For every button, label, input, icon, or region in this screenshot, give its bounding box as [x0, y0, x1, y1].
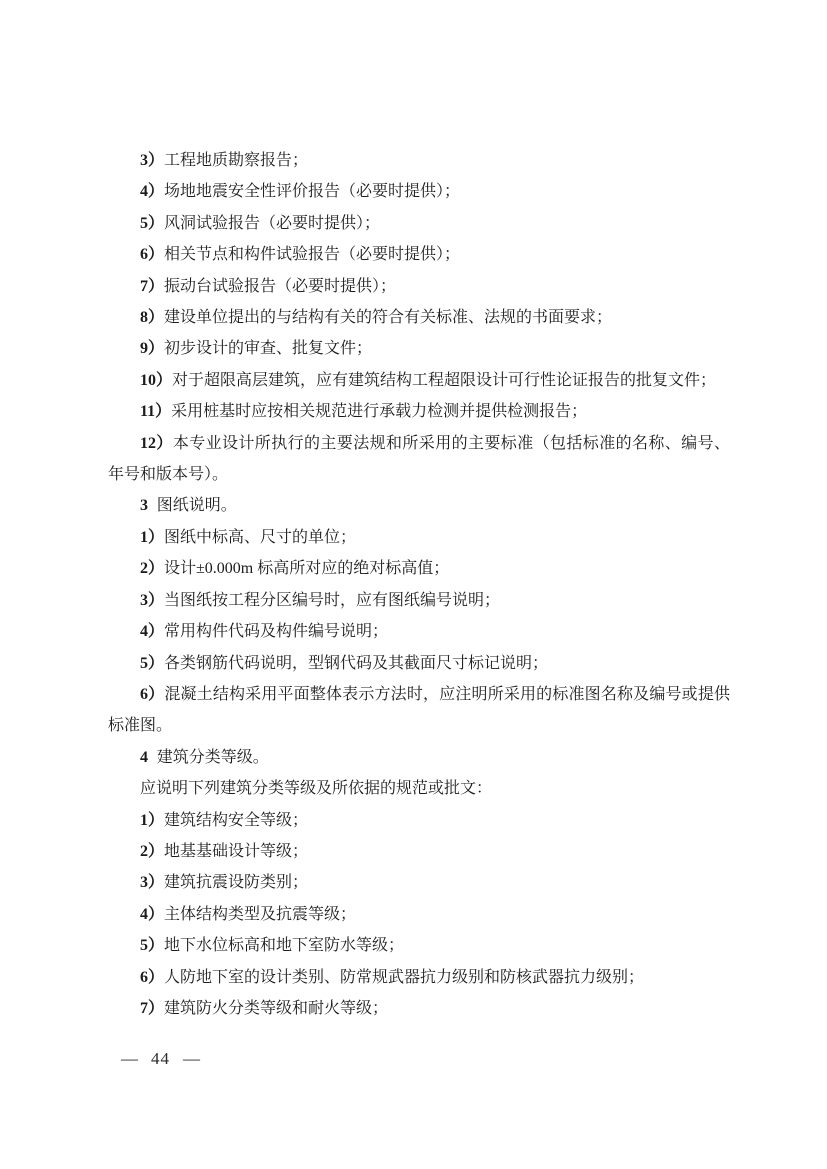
item-text: 应说明下列建筑分类等级及所依据的规范或批文： — [140, 780, 492, 797]
item-text: 本专业设计所执行的主要法规和所采用的主要标准（包括标准的名称、编号、年号和版本号… — [108, 435, 730, 483]
item-text: 常用构件代码及构件编号说明； — [164, 623, 388, 640]
document-paragraph: 2）设计±0.000m 标高所对应的绝对标高值； — [108, 553, 730, 584]
document-paragraph: 11）采用桩基时应按相关规范进行承载力检测并提供检测报告； — [108, 396, 730, 427]
item-text: 建筑抗震设防类别； — [164, 874, 308, 891]
item-text: 主体结构类型及抗震等级； — [164, 906, 356, 923]
item-number: 12） — [140, 435, 173, 452]
document-paragraph: 3）建筑抗震设防类别； — [108, 867, 730, 898]
document-paragraph: 6）混凝土结构采用平面整体表示方法时，应注明所采用的标准图名称及编号或提供标准图… — [108, 679, 730, 742]
document-page: 3）工程地质勘察报告； 4）场地地震安全性评价报告（必要时提供）； 5）风洞试验… — [0, 0, 827, 1169]
item-number: 3） — [140, 152, 164, 169]
item-number: 6） — [140, 969, 164, 986]
document-paragraph: 5）各类钢筋代码说明，型钢代码及其截面尺寸标记说明； — [108, 648, 730, 679]
document-paragraph: 应说明下列建筑分类等级及所依据的规范或批文： — [108, 773, 730, 804]
document-paragraph: 3图纸说明。 — [108, 490, 730, 521]
document-paragraph: 4）常用构件代码及构件编号说明； — [108, 616, 730, 647]
document-paragraph: 7）建筑防火分类等级和耐火等级； — [108, 993, 730, 1024]
document-paragraph: 4建筑分类等级。 — [108, 742, 730, 773]
item-number: 4） — [140, 623, 164, 640]
item-text: 图纸说明。 — [157, 497, 237, 514]
document-paragraph: 1）建筑结构安全等级； — [108, 805, 730, 836]
footer-dash-right: — — [183, 1049, 200, 1068]
item-number: 5） — [140, 655, 164, 672]
document-paragraph: 5）地下水位标高和地下室防水等级； — [108, 930, 730, 961]
item-text: 人防地下室的设计类别、防常规武器抗力级别和防核武器抗力级别； — [164, 969, 644, 986]
item-text: 地下水位标高和地下室防水等级； — [164, 937, 404, 954]
item-number: 7） — [140, 1000, 164, 1017]
item-number: 4） — [140, 183, 164, 200]
item-number: 11） — [140, 403, 171, 420]
document-paragraph: 9）初步设计的审查、批复文件； — [108, 333, 730, 364]
item-number: 4 — [140, 749, 148, 766]
document-paragraph: 4）主体结构类型及抗震等级； — [108, 899, 730, 930]
item-text: 对于超限高层建筑，应有建筑结构工程超限设计可行性论证报告的批复文件； — [172, 372, 716, 389]
document-body: 3）工程地质勘察报告； 4）场地地震安全性评价报告（必要时提供）； 5）风洞试验… — [108, 145, 730, 1024]
item-number: 1） — [140, 529, 164, 546]
item-text: 当图纸按工程分区编号时，应有图纸编号说明； — [164, 592, 500, 609]
item-text: 建筑防火分类等级和耐火等级； — [164, 1000, 388, 1017]
item-number: 8） — [140, 309, 164, 326]
document-paragraph: 3）工程地质勘察报告； — [108, 145, 730, 176]
item-number: 7） — [140, 278, 164, 295]
document-paragraph: 2）地基基础设计等级； — [108, 836, 730, 867]
item-number: 6） — [140, 686, 164, 703]
document-paragraph: 8）建设单位提出的与结构有关的符合有关标准、法规的书面要求； — [108, 302, 730, 333]
document-paragraph: 12）本专业设计所执行的主要法规和所采用的主要标准（包括标准的名称、编号、年号和… — [108, 428, 730, 491]
item-text: 工程地质勘察报告； — [164, 152, 308, 169]
item-text: 采用桩基时应按相关规范进行承载力检测并提供检测报告； — [171, 403, 587, 420]
item-number: 6） — [140, 246, 164, 263]
item-text: 建筑分类等级。 — [157, 749, 269, 766]
item-number: 5） — [140, 215, 164, 232]
item-text: 地基基础设计等级； — [164, 843, 308, 860]
document-paragraph: 6）人防地下室的设计类别、防常规武器抗力级别和防核武器抗力级别； — [108, 962, 730, 993]
item-text: 图纸中标高、尺寸的单位； — [164, 529, 356, 546]
item-text: 振动台试验报告（必要时提供）； — [164, 278, 396, 295]
item-number: 5） — [140, 937, 164, 954]
item-number: 3 — [140, 497, 148, 514]
document-paragraph: 10）对于超限高层建筑，应有建筑结构工程超限设计可行性论证报告的批复文件； — [108, 365, 730, 396]
page-footer: —44— — [121, 1048, 200, 1070]
item-number: 2） — [140, 843, 164, 860]
document-paragraph: 6）相关节点和构件试验报告（必要时提供）； — [108, 239, 730, 270]
document-paragraph: 7）振动台试验报告（必要时提供）； — [108, 271, 730, 302]
item-text: 场地地震安全性评价报告（必要时提供）； — [164, 183, 460, 200]
document-paragraph: 3）当图纸按工程分区编号时，应有图纸编号说明； — [108, 585, 730, 616]
item-number: 1） — [140, 812, 164, 829]
document-paragraph: 5）风洞试验报告（必要时提供）； — [108, 208, 730, 239]
document-paragraph: 4）场地地震安全性评价报告（必要时提供）； — [108, 176, 730, 207]
item-text: 风洞试验报告（必要时提供）； — [164, 215, 380, 232]
item-text: 设计±0.000m 标高所对应的绝对标高值； — [164, 560, 449, 577]
item-text: 建设单位提出的与结构有关的符合有关标准、法规的书面要求； — [164, 309, 612, 326]
item-text: 建筑结构安全等级； — [164, 812, 308, 829]
item-number: 10） — [140, 372, 172, 389]
item-number: 3） — [140, 874, 164, 891]
item-number: 9） — [140, 340, 164, 357]
item-text: 相关节点和构件试验报告（必要时提供）； — [164, 246, 460, 263]
item-number: 3） — [140, 592, 164, 609]
item-text: 混凝土结构采用平面整体表示方法时，应注明所采用的标准图名称及编号或提供标准图。 — [108, 686, 730, 734]
page-number: 44 — [151, 1049, 170, 1068]
item-text: 各类钢筋代码说明，型钢代码及其截面尺寸标记说明； — [164, 655, 548, 672]
item-number: 2） — [140, 560, 164, 577]
footer-dash-left: — — [121, 1049, 138, 1068]
item-number: 4） — [140, 906, 164, 923]
document-paragraph: 1）图纸中标高、尺寸的单位； — [108, 522, 730, 553]
item-text: 初步设计的审查、批复文件； — [164, 340, 372, 357]
